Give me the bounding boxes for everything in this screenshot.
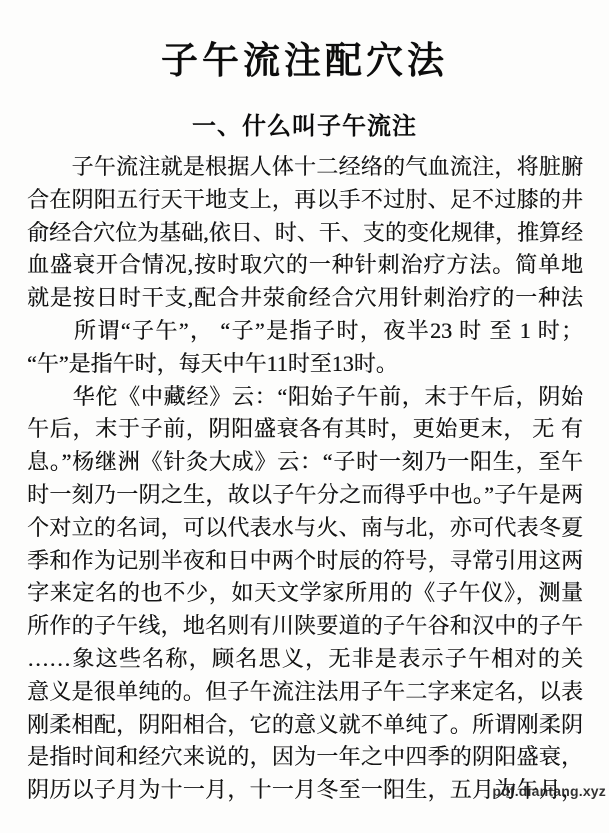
watermark: pdf.diantang.xyz <box>492 783 606 799</box>
page-title: 子午流注配穴法 <box>0 0 609 84</box>
text-line: 就是按日时干支,配合井荥俞经合穴用针刺治疗的一种法则。 <box>27 282 583 315</box>
body-text: 子午流注就是根据人体十二经络的气血流注，将脏腑配合在阴阳五行天干地支上，再以手不… <box>27 151 583 807</box>
text-line: 息。”杨继洲《针灸大成》云：“子时一刻乃一阳生，至午 <box>27 446 583 479</box>
paragraph: 所谓“子午”， “子”是指子时，夜半23 时 至 1 时；“午”是指午时，每天中… <box>27 315 583 381</box>
text-line: 合在阴阳五行天干地支上，再以手不过肘、足不过膝的井荥 <box>27 184 583 217</box>
text-line: ……象这些名称，顾名思义，无非是表示子午相对的关系， <box>27 643 583 676</box>
text-line: 时一刻乃一阴之生，故以子午分之而得乎中也。”子午是两 <box>27 479 583 512</box>
scanned-book-page: 子午流注配穴法 一、什么叫子午流注 子午流注就是根据人体十二经络的气血流注，将脏… <box>0 0 609 833</box>
text-line: 午后，末于子前，阴阳盛衰各有其时，更始更末， 无 有 休 <box>27 413 583 446</box>
text-line: 个对立的名词，可以代表水与火、南与北，亦可代表冬夏两 <box>27 512 583 545</box>
text-line: 华佗《中藏经》云：“阳始子午前，末于午后，阴始于 <box>27 381 583 414</box>
text-line: 刚柔相配，阴阳相合，它的意义就不单纯了。所谓刚柔阴阳 <box>27 709 583 742</box>
text-line: 俞经合穴位为基础,依日、时、干、支的变化规律，推算经脉气 <box>27 217 583 250</box>
text-line: 意义是很单纯的。但子午流注法用子午二字来定名，以表示 <box>27 676 583 709</box>
text-line: 所谓“子午”， “子”是指子时，夜半23 时 至 1 时； <box>27 315 583 348</box>
section-heading: 一、什么叫子午流注 <box>0 84 609 141</box>
text-line: 字来定名的也不少，如天文学家所用的《子午仪》，测量时 <box>27 577 583 610</box>
text-line: 是指时间和经穴来说的，因为一年之中四季的阴阳盛衰，在 <box>27 741 583 774</box>
paragraph: 子午流注就是根据人体十二经络的气血流注，将脏腑配合在阴阳五行天干地支上，再以手不… <box>27 151 583 315</box>
text-line: 季和作为记别半夜和日中两个时辰的符号，寻常引用这两个 <box>27 545 583 578</box>
text-line: 血盛衰开合情况,按时取穴的一种针刺治疗方法。简单地说， <box>27 249 583 282</box>
paragraph: 华佗《中藏经》云：“阳始子午前，末于午后，阴始于午后，末于子前，阴阳盛衰各有其时… <box>27 381 583 807</box>
text-line: 子午流注就是根据人体十二经络的气血流注，将脏腑配 <box>27 151 583 184</box>
text-line: 所作的子午线，地名则有川陕要道的子午谷和汉中的子午道 <box>27 610 583 643</box>
text-line: “午”是指午时，每天中午11时至13时。 <box>27 348 583 381</box>
